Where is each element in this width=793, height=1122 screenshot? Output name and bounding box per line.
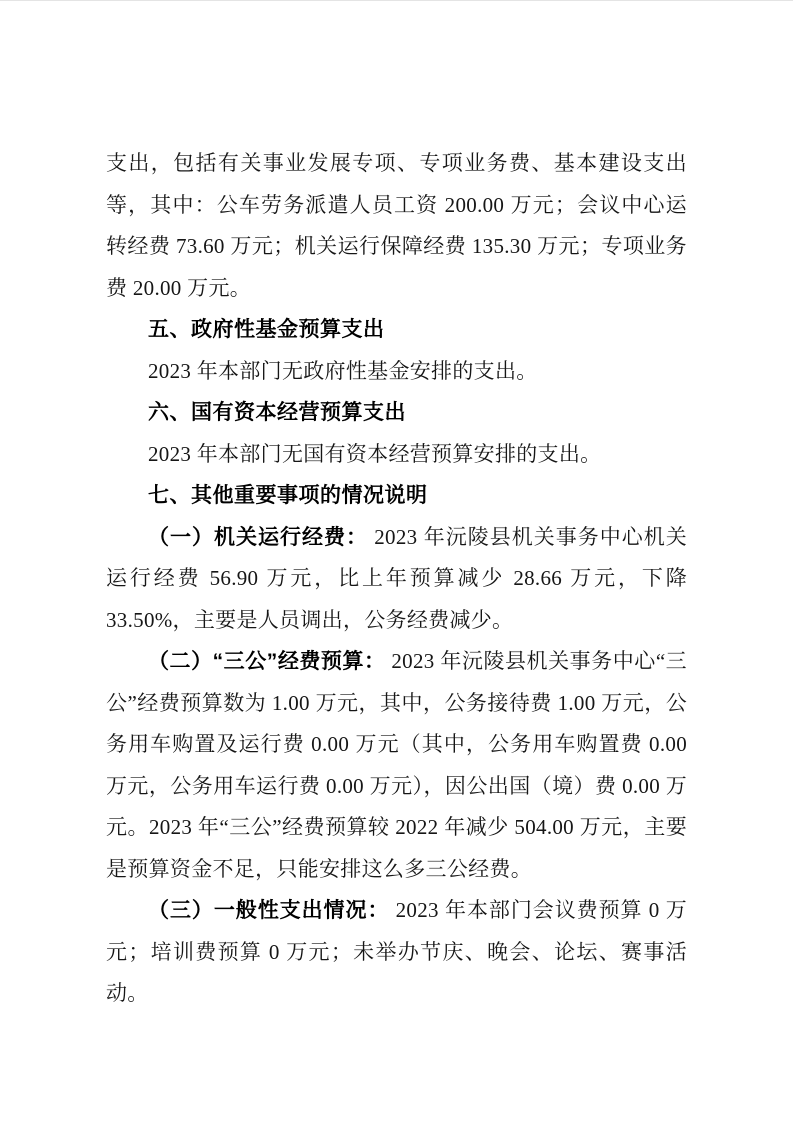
heading-section-6: 六、国有资本经营预算支出 [106,392,687,434]
paragraph-carryover: 支出，包括有关事业发展专项、专项业务费、基本建设支出等，其中：公车劳务派遣人员工… [106,143,687,309]
paragraph-item-3: （三）一般性支出情况： 2023 年本部门会议费预算 0 万元；培训费预算 0 … [106,890,687,1015]
item-1-lead-label: （一）机关运行经费： [148,526,368,549]
paragraph-section-5: 2023 年本部门无政府性基金安排的支出。 [106,351,687,393]
page: 支出，包括有关事业发展专项、专项业务费、基本建设支出等，其中：公车劳务派遣人员工… [0,1,793,1122]
paragraph-section-6: 2023 年本部门无国有资本经营预算安排的支出。 [106,434,687,476]
heading-section-7: 七、其他重要事项的情况说明 [106,475,687,517]
paragraph-item-1: （一）机关运行经费： 2023 年沅陵县机关事务中心机关运行经费 56.90 万… [106,517,687,642]
paragraph-item-2: （二）“三公”经费预算： 2023 年沅陵县机关事务中心“三公”经费预算数为 1… [106,641,687,890]
item-3-lead-label: （三）一般性支出情况： [148,899,389,922]
item-2-body-text: 2023 年沅陵县机关事务中心“三公”经费预算数为 1.00 万元，其中，公务接… [106,649,687,881]
heading-section-5: 五、政府性基金预算支出 [106,309,687,351]
item-2-lead-label: （二）“三公”经费预算： [148,650,386,673]
document-page: { "colors": { "background": "#ffffff", "… [0,0,793,1122]
